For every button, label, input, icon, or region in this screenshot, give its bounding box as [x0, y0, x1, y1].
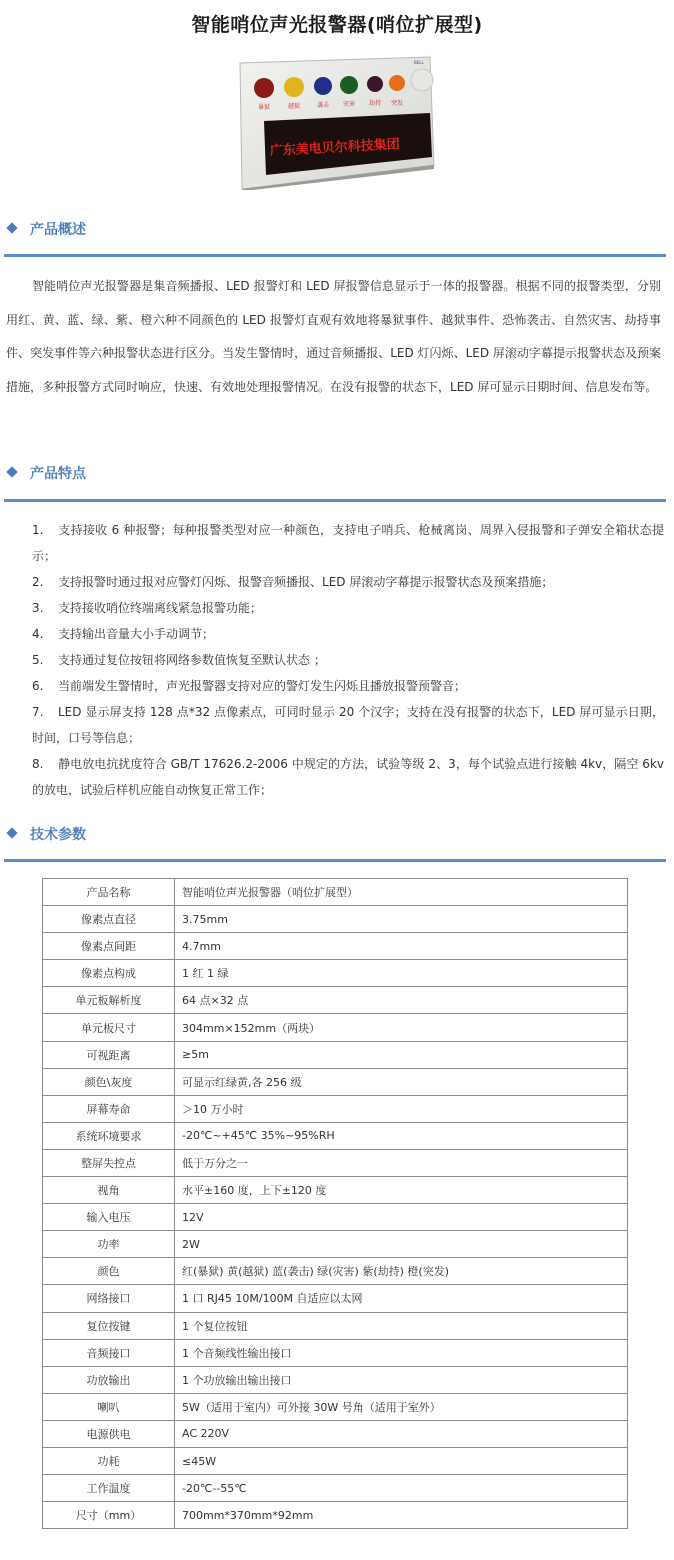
spec-value: 1 个复位按钮 — [175, 1312, 628, 1339]
svg-text:灾害: 灾害 — [343, 100, 355, 108]
lamp-icon — [340, 76, 358, 94]
svg-text:BELL: BELL — [414, 60, 425, 65]
section-divider — [4, 859, 666, 862]
table-row: 音频接口1 个音频线性输出接口 — [43, 1339, 628, 1366]
table-row: 像素点直径3.75mm — [43, 906, 628, 933]
lamp-icon — [314, 77, 332, 95]
spec-label: 整屏失控点 — [43, 1149, 175, 1176]
table-row: 电源供电AC 220V — [43, 1420, 628, 1447]
feature-item: 4.支持输出音量大小手动调节； — [6, 621, 664, 647]
feature-number: 7. — [32, 699, 58, 725]
feature-number: 8. — [32, 751, 58, 777]
feature-text: 当前端发生警情时，声光报警器支持对应的警灯发生闪烁且播放报警预警音； — [58, 679, 466, 693]
feature-number: 1. — [32, 517, 58, 543]
table-row: 喇叭5W（适用于室内）可外接 30W 号角（适用于室外） — [43, 1393, 628, 1420]
table-row: 屏幕寿命＞10 万小时 — [43, 1095, 628, 1122]
feature-text: LED 显示屏支持 128 点*32 点像素点，可同时显示 20 个汉字；支持在… — [32, 705, 664, 745]
lamp-icon — [284, 77, 304, 97]
spec-value: 2W — [175, 1231, 628, 1258]
spec-label: 系统环境要求 — [43, 1122, 175, 1149]
table-row: 产品名称智能哨位声光报警器（哨位扩展型） — [43, 879, 628, 906]
spec-label: 单元板解析度 — [43, 987, 175, 1014]
section-heading-features: 产品特点 — [8, 463, 86, 483]
section-heading-overview: 产品概述 — [8, 219, 86, 239]
table-row: 复位按键1 个复位按钮 — [43, 1312, 628, 1339]
spec-value: AC 220V — [175, 1420, 628, 1447]
spec-label: 颜色 — [43, 1258, 175, 1285]
spec-label: 单元板尺寸 — [43, 1014, 175, 1041]
feature-item: 8.静电放电抗扰度符合 GB/T 17626.2-2006 中规定的方法，试验等… — [6, 751, 664, 803]
overview-paragraph: 智能哨位声光报警器是集音频播报、LED 报警灯和 LED 屏报警信息显示于一体的… — [6, 270, 661, 404]
feature-text: 支持报警时通过报对应警灯闪烁、报警音频播报、LED 屏滚动字幕提示报警状态及预案… — [58, 575, 553, 589]
table-row: 视角水平±160 度，上下±120 度 — [43, 1177, 628, 1204]
feature-item: 2.支持报警时通过报对应警灯闪烁、报警音频播报、LED 屏滚动字幕提示报警状态及… — [6, 569, 664, 595]
table-row: 输入电压12V — [43, 1204, 628, 1231]
svg-text:暴狱: 暴狱 — [258, 103, 270, 111]
spec-value: 1 口 RJ45 10M/100M 自适应以太网 — [175, 1285, 628, 1312]
spec-label: 产品名称 — [43, 879, 175, 906]
spec-value: 水平±160 度，上下±120 度 — [175, 1177, 628, 1204]
spec-label: 像素点构成 — [43, 960, 175, 987]
spec-value: -20℃~+45℃ 35%~95%RH — [175, 1122, 628, 1149]
table-row: 尺寸（mm）700mm*370mm*92mm — [43, 1502, 628, 1529]
feature-item: 5.支持通过复位按钮将网络参数值恢复至默认状态 ； — [6, 647, 664, 673]
spec-value: 4.7mm — [175, 933, 628, 960]
table-row: 网络接口1 口 RJ45 10M/100M 自适应以太网 — [43, 1285, 628, 1312]
spec-value: 红(暴狱) 黄(越狱) 蓝(袭击) 绿(灾害) 紫(劫持) 橙(突发) — [175, 1258, 628, 1285]
spec-label: 工作温度 — [43, 1475, 175, 1502]
feature-number: 6. — [32, 673, 58, 699]
spec-label: 功耗 — [43, 1447, 175, 1474]
spec-label: 颜色\灰度 — [43, 1068, 175, 1095]
feature-number: 2. — [32, 569, 58, 595]
svg-text:劫持: 劫持 — [369, 99, 381, 107]
spec-value: -20℃--55℃ — [175, 1475, 628, 1502]
spec-value: 智能哨位声光报警器（哨位扩展型） — [175, 879, 628, 906]
spec-label: 电源供电 — [43, 1420, 175, 1447]
table-row: 工作温度-20℃--55℃ — [43, 1475, 628, 1502]
spec-value: 可显示红绿黄,各 256 级 — [175, 1068, 628, 1095]
table-row: 单元板尺寸304mm×152mm（两块） — [43, 1014, 628, 1041]
feature-item: 1.支持接收 6 种报警；每种报警类型对应一种颜色，支持电子哨兵、枪械离岗、周界… — [6, 517, 664, 569]
spec-value: 64 点×32 点 — [175, 987, 628, 1014]
product-image: 暴狱 越狱 袭击 灾害 劫持 突发 BELL 广东美电贝尔科技集团 — [234, 55, 436, 190]
feature-number: 5. — [32, 647, 58, 673]
svg-text:袭击: 袭击 — [317, 101, 329, 109]
table-row: 像素点构成1 红 1 绿 — [43, 960, 628, 987]
table-row: 整屏失控点低于万分之一 — [43, 1149, 628, 1176]
spec-label: 喇叭 — [43, 1393, 175, 1420]
spec-label: 网络接口 — [43, 1285, 175, 1312]
table-row: 颜色\灰度可显示红绿黄,各 256 级 — [43, 1068, 628, 1095]
table-row: 可视距离≥5m — [43, 1041, 628, 1068]
spec-label: 像素点直径 — [43, 906, 175, 933]
spec-table: 产品名称智能哨位声光报警器（哨位扩展型）像素点直径3.75mm像素点间距4.7m… — [42, 878, 628, 1529]
page-title: 智能哨位声光报警器(哨位扩展型) — [0, 10, 674, 37]
spec-value: 低于万分之一 — [175, 1149, 628, 1176]
feature-number: 3. — [32, 595, 58, 621]
spec-value: 1 个音频线性输出接口 — [175, 1339, 628, 1366]
table-row: 功率2W — [43, 1231, 628, 1258]
feature-text: 支持接收哨位终端离线紧急报警功能； — [58, 601, 262, 615]
feature-list: 1.支持接收 6 种报警；每种报警类型对应一种颜色，支持电子哨兵、枪械离岗、周界… — [6, 517, 664, 803]
spec-label: 输入电压 — [43, 1204, 175, 1231]
feature-item: 3.支持接收哨位终端离线紧急报警功能； — [6, 595, 664, 621]
lamp-icon — [389, 75, 405, 91]
feature-number: 4. — [32, 621, 58, 647]
spec-value: 12V — [175, 1204, 628, 1231]
spec-value: 1 红 1 绿 — [175, 960, 628, 987]
spec-label: 视角 — [43, 1177, 175, 1204]
spec-value: ≥5m — [175, 1041, 628, 1068]
feature-text: 静电放电抗扰度符合 GB/T 17626.2-2006 中规定的方法，试验等级 … — [32, 757, 664, 797]
spec-label: 功放输出 — [43, 1366, 175, 1393]
lamp-icon — [367, 76, 383, 92]
spec-label: 音频接口 — [43, 1339, 175, 1366]
feature-item: 6.当前端发生警情时，声光报警器支持对应的警灯发生闪烁且播放报警预警音； — [6, 673, 664, 699]
lamp-icon — [254, 78, 274, 98]
table-row: 像素点间距4.7mm — [43, 933, 628, 960]
table-row: 系统环境要求-20℃~+45℃ 35%~95%RH — [43, 1122, 628, 1149]
table-row: 颜色红(暴狱) 黄(越狱) 蓝(袭击) 绿(灾害) 紫(劫持) 橙(突发) — [43, 1258, 628, 1285]
spec-label: 尺寸（mm） — [43, 1502, 175, 1529]
feature-text: 支持通过复位按钮将网络参数值恢复至默认状态 ； — [58, 653, 326, 667]
section-heading-specs: 技术参数 — [8, 824, 86, 844]
feature-text: 支持输出音量大小手动调节； — [58, 627, 214, 641]
spec-value: 5W（适用于室内）可外接 30W 号角（适用于室外） — [175, 1393, 628, 1420]
spec-value: ≤45W — [175, 1447, 628, 1474]
spec-label: 像素点间距 — [43, 933, 175, 960]
spec-label: 可视距离 — [43, 1041, 175, 1068]
svg-text:越狱: 越狱 — [288, 102, 300, 110]
spec-value: 304mm×152mm（两块） — [175, 1014, 628, 1041]
section-divider — [4, 254, 666, 257]
spec-value: ＞10 万小时 — [175, 1095, 628, 1122]
table-row: 功放输出1 个功放输出输出接口 — [43, 1366, 628, 1393]
diamond-icon — [6, 222, 17, 233]
diamond-icon — [6, 466, 17, 477]
svg-text:突发: 突发 — [391, 99, 403, 107]
spec-label: 复位按键 — [43, 1312, 175, 1339]
section-divider — [4, 499, 666, 502]
spec-label: 功率 — [43, 1231, 175, 1258]
feature-item: 7.LED 显示屏支持 128 点*32 点像素点，可同时显示 20 个汉字；支… — [6, 699, 664, 751]
diamond-icon — [6, 827, 17, 838]
spec-value: 1 个功放输出输出接口 — [175, 1366, 628, 1393]
spec-value: 700mm*370mm*92mm — [175, 1502, 628, 1529]
spec-value: 3.75mm — [175, 906, 628, 933]
spec-label: 屏幕寿命 — [43, 1095, 175, 1122]
feature-text: 支持接收 6 种报警；每种报警类型对应一种颜色，支持电子哨兵、枪械离岗、周界入侵… — [32, 523, 664, 563]
table-row: 单元板解析度64 点×32 点 — [43, 987, 628, 1014]
table-row: 功耗≤45W — [43, 1447, 628, 1474]
